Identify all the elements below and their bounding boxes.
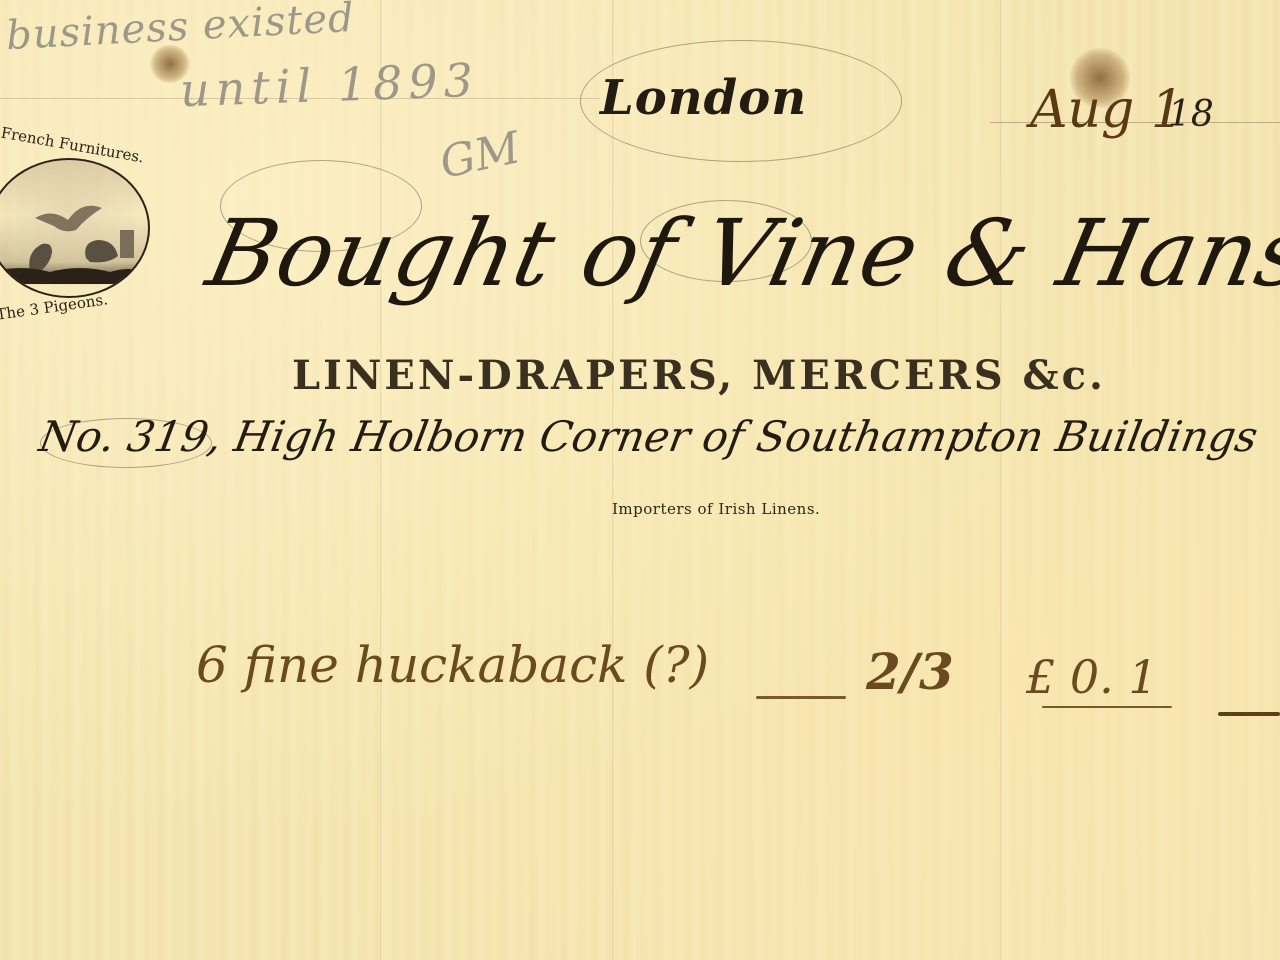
line-item-dash [756, 696, 846, 699]
line-item-amount: £ 0. 1 [1026, 650, 1158, 704]
pencil-annotation-initials: GM [436, 122, 525, 189]
date-handwritten: Aug 1 [1030, 80, 1184, 140]
paper-fold [612, 0, 615, 960]
line-item-quantity: 2/3 [866, 642, 954, 701]
paper-fold [1000, 0, 1003, 960]
ink-stain [150, 45, 190, 83]
address: No. 319, High Holborn Corner of Southamp… [36, 412, 1262, 461]
shop-sign-emblem: French Furnitures. The 3 Pigeons. [0, 128, 168, 318]
tagline: Importers of Irish Linens. [612, 500, 820, 518]
city-heading: London [600, 70, 807, 126]
amount-underline [1218, 712, 1280, 716]
pencil-annotation-line2: until 1893 [179, 53, 480, 117]
line-item: 6 fine huckaback (?) 2/3 £ 0. 1 [196, 636, 1280, 726]
trade-description: LINEN-DRAPERS, MERCERS &c. [292, 352, 1106, 399]
date-printed-prefix: 18 [1168, 94, 1214, 135]
pigeons-vignette-icon [0, 158, 150, 298]
merchant-title: Bought of Vine & Hanson [199, 200, 1280, 307]
amount-underline [1042, 706, 1172, 708]
line-item-description: 6 fine huckaback (?) [196, 636, 709, 694]
paper-fold [380, 0, 383, 960]
